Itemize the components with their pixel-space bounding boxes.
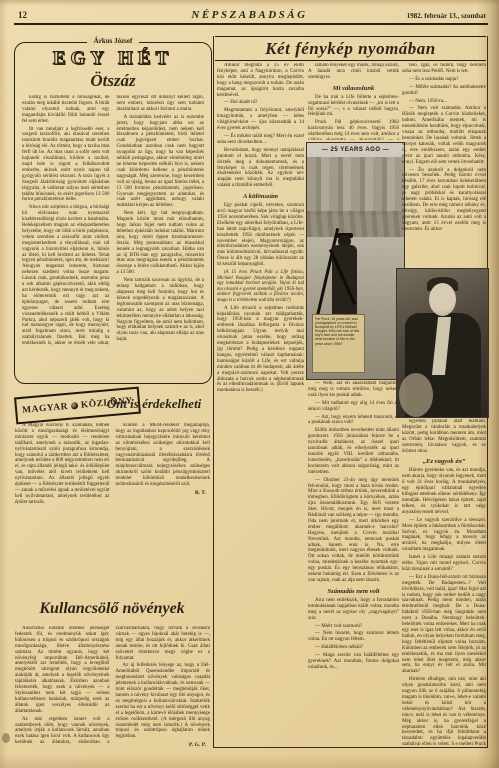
feature-headline: Két fénykép nyomában [265,39,436,59]
kozlony-signature: B. T. [116,490,211,496]
feature-column-1: Amikor meglátta a 25 év előtti fényképet… [217,63,304,745]
feature-col2-lead: lálható tényeket egy másik, minap közölt… [308,63,399,81]
feature-col2-text2: — Nem, azt én akasztottam magamra, még m… [308,381,399,584]
feature-col1-text3: A Life olvasói a sejtelmes tudósítás kép… [217,306,304,395]
scan-smudge [2,733,10,743]
subhead-mi-valaszolunk: Mi válaszolunk [308,85,399,92]
ruined-buildings [307,157,404,215]
feature-column-2-top: lálható tényeket egy másik, minap közölt… [308,63,399,140]
man-arm [399,373,433,417]
subhead-ez-vagyok-en: „Ez vagyok én” [402,458,486,465]
byline: Árkus József [15,37,211,45]
kullancs-body: Ausztráliai kutatók érdekes jelenséget f… [15,626,210,760]
date-line: 1982. február 13., szombat [407,12,486,20]
kullancs-signature: P. G. P. [116,742,211,748]
feature-column-2-bottom: — Nem, azt én akasztottam magamra, még m… [308,381,399,745]
egy-het-body: Eddig is tiszteltem a bíróságokat, de ez… [22,95,204,375]
street-rubble [307,211,404,237]
photo-label-25-years-ago: — 25 YEARS AGO — [307,147,404,153]
kozlony-body: A Magyar Közlöny 8. számában, többek köz… [15,423,210,583]
life-caption-quote: (A 15 éves Pruck Pált a Life fotósa, Mic… [217,270,304,304]
feature-column-3-top: félő. Igaz, és tudom, hogy belőlem soha … [402,63,486,266]
feature-col3-text: félő. Igaz, és tudom, hogy belőlem soha … [402,63,486,232]
kozlony-title: Önt is érdekelheti [98,396,210,412]
bottom-rule [213,747,488,748]
kullancs-title: Kullancsölő növények [14,600,210,618]
feature-col3-text3: Három gyermeke van, és azt mondja, nem a… [402,468,486,745]
article-egy-het: Árkus József EGY HÉT Ötszáz Eddig is tis… [14,42,212,384]
feature-col3-text2: egyetlen pillanat alatt leálltam. Megszű… [402,419,486,454]
photo-pruck-pal-today [396,268,489,418]
feature-column-3-bottom: egyetlen pillanat alatt leálltam. Megszű… [402,419,486,745]
byline-text: Árkus József [87,37,140,45]
newspaper-page: 12 NÉPSZABADSÁG 1982. február 13., szomb… [0,0,499,768]
feature-col2-text3: Arra nem emlékszik, hogy a forradalom to… [308,598,399,671]
subhead-szamadas: Számadás nem volt [308,588,399,595]
kullancs-paragraphs: Ausztráliai kutatók érdekes jelenséget f… [15,626,210,748]
kozlony-emblem-icon [71,402,79,410]
column-divider-rule [213,36,214,748]
feature-headline-box: Két fénykép nyomában [215,36,486,61]
feature-col1-text: Amikor meglátta a 25 év előtti fényképet… [217,63,304,189]
photo-caption: Pal Pruck, 15 years old, was photographe… [312,314,365,373]
header-rule [14,23,488,25]
egy-het-title: EGY HÉT [15,48,211,70]
photo-boy-with-rifle: — 25 YEARS AGO — Pal Pruck, 15 years old… [306,142,405,380]
man-face [429,283,456,316]
feature-col1-text2: Egy puskát cipelő, névtelen, szomorú arc… [217,203,304,268]
egy-het-subtitle: Ötszáz [15,71,211,91]
feature-col2-text: De ha már a Life föltette a sejtelmes-su… [308,95,399,140]
logo-text-magyar: MAGYAR [22,401,69,415]
subhead-kulonszam: A különszám [217,193,304,200]
